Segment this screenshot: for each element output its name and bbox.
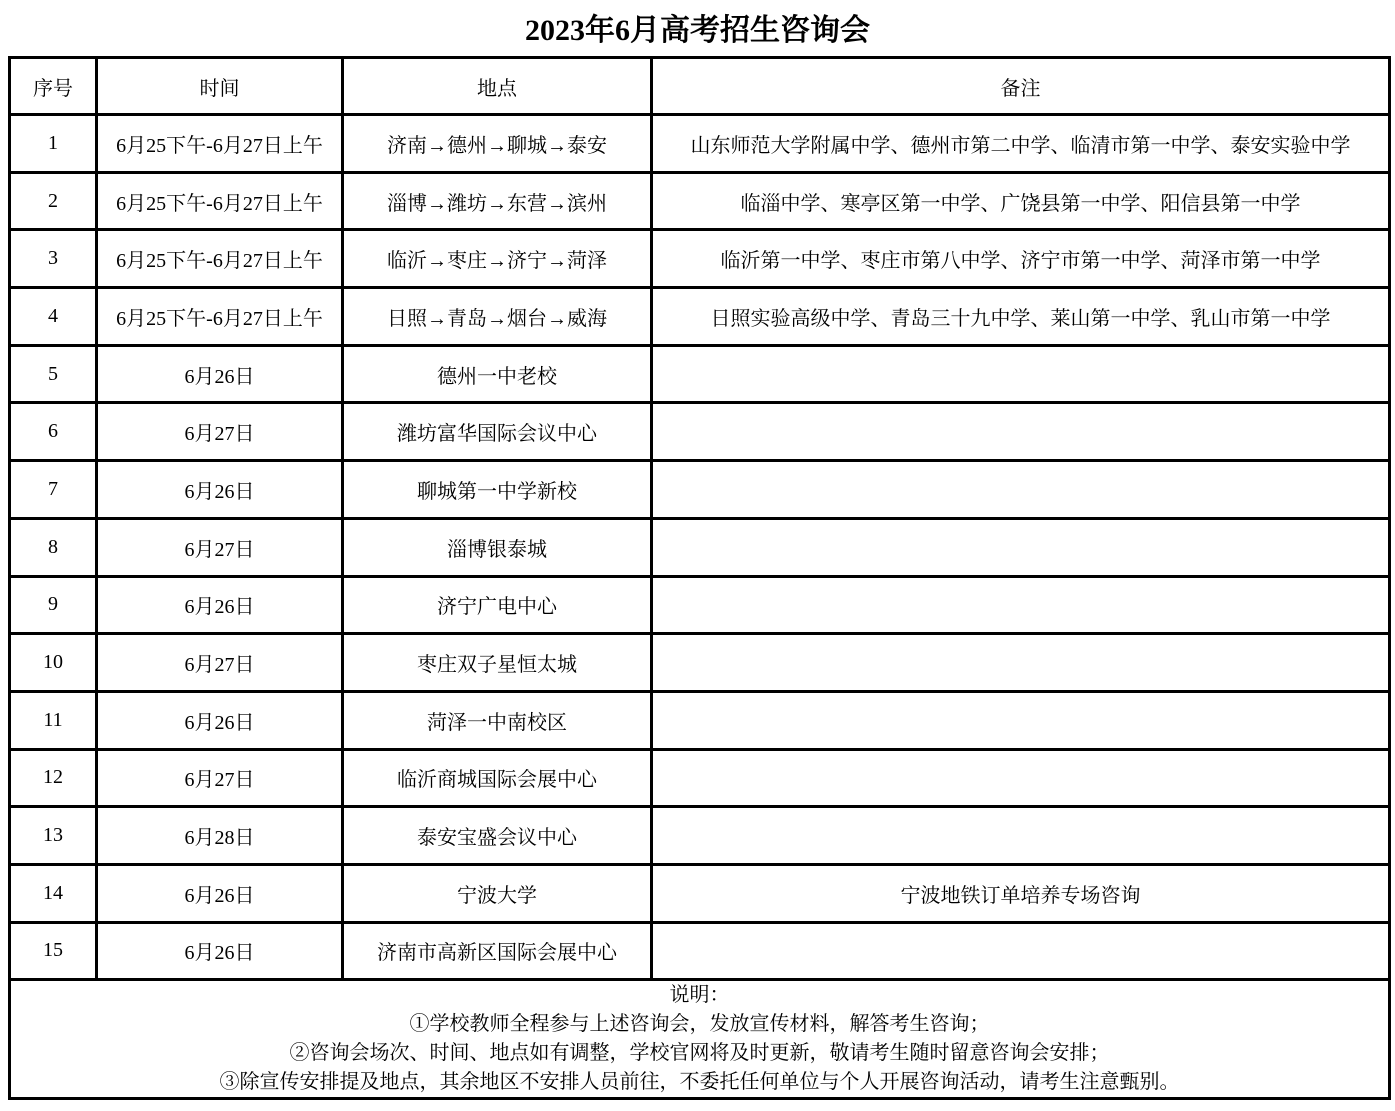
cell-no: 6 — [10, 403, 97, 461]
table-row: 16月25下午-6月27日上午济南→德州→聊城→泰安山东师范大学附属中学、德州市… — [10, 115, 1390, 173]
cell-no: 3 — [10, 230, 97, 288]
table-row: 96月26日济宁广电中心 — [10, 576, 1390, 634]
cell-time: 6月27日 — [97, 634, 343, 692]
cell-no: 14 — [10, 864, 97, 922]
table-row: 156月26日济南市高新区国际会展中心 — [10, 922, 1390, 980]
cell-no: 7 — [10, 461, 97, 519]
table-row: 36月25下午-6月27日上午临沂→枣庄→济宁→菏泽临沂第一中学、枣庄市第八中学… — [10, 230, 1390, 288]
cell-note — [652, 634, 1390, 692]
cell-time: 6月26日 — [97, 922, 343, 980]
cell-location: 济南市高新区国际会展中心 — [343, 922, 652, 980]
cell-note — [652, 403, 1390, 461]
cell-note: 临淄中学、寒亭区第一中学、广饶县第一中学、阳信县第一中学 — [652, 172, 1390, 230]
cell-no: 10 — [10, 634, 97, 692]
header-no: 序号 — [10, 58, 97, 115]
cell-note: 山东师范大学附属中学、德州市第二中学、临清市第一中学、泰安实验中学 — [652, 115, 1390, 173]
table-header-row: 序号 时间 地点 备注 — [10, 58, 1390, 115]
page-title: 2023年6月高考招生咨询会 — [0, 0, 1395, 56]
notes-item-2: ②咨询会场次、时间、地点如有调整，学校官网将及时更新，敬请考生随时留意咨询会安排… — [15, 1039, 1384, 1068]
cell-time: 6月26日 — [97, 864, 343, 922]
cell-note — [652, 345, 1390, 403]
cell-note: 宁波地铁订单培养专场咨询 — [652, 864, 1390, 922]
notes-row: 说明： ①学校教师全程参与上述咨询会，发放宣传材料，解答考生咨询； ②咨询会场次… — [10, 980, 1390, 1099]
table-row: 106月27日枣庄双子星恒太城 — [10, 634, 1390, 692]
cell-time: 6月28日 — [97, 807, 343, 865]
notes-item-1: ①学校教师全程参与上述咨询会，发放宣传材料，解答考生咨询； — [15, 1010, 1384, 1039]
consultation-schedule-table: 序号 时间 地点 备注 16月25下午-6月27日上午济南→德州→聊城→泰安山东… — [8, 56, 1391, 1100]
cell-location: 日照→青岛→烟台→威海 — [343, 288, 652, 346]
cell-location: 临沂→枣庄→济宁→菏泽 — [343, 230, 652, 288]
cell-no: 9 — [10, 576, 97, 634]
cell-note — [652, 518, 1390, 576]
table-row: 76月26日聊城第一中学新校 — [10, 461, 1390, 519]
header-note: 备注 — [652, 58, 1390, 115]
table-row: 66月27日潍坊富华国际会议中心 — [10, 403, 1390, 461]
cell-time: 6月25下午-6月27日上午 — [97, 288, 343, 346]
cell-location: 泰安宝盛会议中心 — [343, 807, 652, 865]
cell-time: 6月26日 — [97, 345, 343, 403]
cell-time: 6月25下午-6月27日上午 — [97, 115, 343, 173]
table-row: 56月26日德州一中老校 — [10, 345, 1390, 403]
cell-no: 8 — [10, 518, 97, 576]
cell-time: 6月27日 — [97, 403, 343, 461]
cell-time: 6月26日 — [97, 461, 343, 519]
header-time: 时间 — [97, 58, 343, 115]
notes-label: 说明： — [15, 981, 1384, 1010]
cell-location: 济宁广电中心 — [343, 576, 652, 634]
notes-cell: 说明： ①学校教师全程参与上述咨询会，发放宣传材料，解答考生咨询； ②咨询会场次… — [10, 980, 1390, 1099]
cell-time: 6月27日 — [97, 749, 343, 807]
cell-no: 2 — [10, 172, 97, 230]
table-row: 46月25下午-6月27日上午日照→青岛→烟台→威海日照实验高级中学、青岛三十九… — [10, 288, 1390, 346]
cell-note — [652, 461, 1390, 519]
cell-location: 菏泽一中南校区 — [343, 691, 652, 749]
cell-location: 潍坊富华国际会议中心 — [343, 403, 652, 461]
cell-note: 日照实验高级中学、青岛三十九中学、莱山第一中学、乳山市第一中学 — [652, 288, 1390, 346]
table-row: 116月26日菏泽一中南校区 — [10, 691, 1390, 749]
cell-no: 12 — [10, 749, 97, 807]
cell-location: 宁波大学 — [343, 864, 652, 922]
cell-location: 济南→德州→聊城→泰安 — [343, 115, 652, 173]
cell-note — [652, 807, 1390, 865]
table-row: 146月26日宁波大学宁波地铁订单培养专场咨询 — [10, 864, 1390, 922]
cell-location: 德州一中老校 — [343, 345, 652, 403]
cell-no: 1 — [10, 115, 97, 173]
cell-location: 聊城第一中学新校 — [343, 461, 652, 519]
cell-time: 6月26日 — [97, 691, 343, 749]
cell-time: 6月27日 — [97, 518, 343, 576]
header-location: 地点 — [343, 58, 652, 115]
cell-location: 淄博→潍坊→东营→滨州 — [343, 172, 652, 230]
cell-note — [652, 922, 1390, 980]
cell-no: 13 — [10, 807, 97, 865]
cell-no: 5 — [10, 345, 97, 403]
cell-no: 15 — [10, 922, 97, 980]
cell-time: 6月25下午-6月27日上午 — [97, 230, 343, 288]
table-row: 26月25下午-6月27日上午淄博→潍坊→东营→滨州临淄中学、寒亭区第一中学、广… — [10, 172, 1390, 230]
table-row: 136月28日泰安宝盛会议中心 — [10, 807, 1390, 865]
table-body: 16月25下午-6月27日上午济南→德州→聊城→泰安山东师范大学附属中学、德州市… — [10, 115, 1390, 980]
cell-no: 11 — [10, 691, 97, 749]
cell-time: 6月26日 — [97, 576, 343, 634]
cell-note: 临沂第一中学、枣庄市第八中学、济宁市第一中学、菏泽市第一中学 — [652, 230, 1390, 288]
notes-item-3: ③除宣传安排提及地点，其余地区不安排人员前往，不委托任何单位与个人开展咨询活动，… — [15, 1068, 1384, 1097]
cell-location: 枣庄双子星恒太城 — [343, 634, 652, 692]
cell-note — [652, 691, 1390, 749]
cell-location: 临沂商城国际会展中心 — [343, 749, 652, 807]
cell-note — [652, 749, 1390, 807]
cell-location: 淄博银泰城 — [343, 518, 652, 576]
cell-no: 4 — [10, 288, 97, 346]
table-row: 126月27日临沂商城国际会展中心 — [10, 749, 1390, 807]
table-row: 86月27日淄博银泰城 — [10, 518, 1390, 576]
cell-time: 6月25下午-6月27日上午 — [97, 172, 343, 230]
cell-note — [652, 576, 1390, 634]
